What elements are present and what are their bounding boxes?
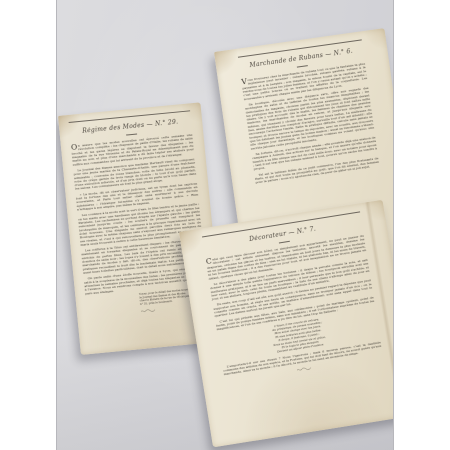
document-number: — N.° 7. (288, 226, 316, 237)
drop-cap: C (206, 258, 213, 265)
document-sheet-decorateur: Décorateur — N.° 7. Celui qui veut faire… (179, 200, 394, 448)
squiggle-icon (296, 366, 311, 371)
title-flourish (297, 65, 308, 68)
document-number: — N.° 29. (146, 119, 178, 129)
body-text-column: Vous trouverez chez la marchande de ruba… (241, 62, 380, 185)
squiggle-icon (140, 308, 155, 312)
printed-area: Décorateur — N.° 7. Celui qui veut faire… (202, 211, 392, 438)
drop-cap: O (71, 144, 78, 150)
photograph-of-three-documents: Régime des Modes — N.° 29. On assure que… (56, 0, 394, 450)
body-text-column: Celui qui veut faire décorer son hôtel, … (206, 234, 384, 384)
document-number: — N.° 6. (325, 48, 353, 59)
title-flourish (126, 133, 137, 135)
title-flourish (278, 240, 289, 243)
